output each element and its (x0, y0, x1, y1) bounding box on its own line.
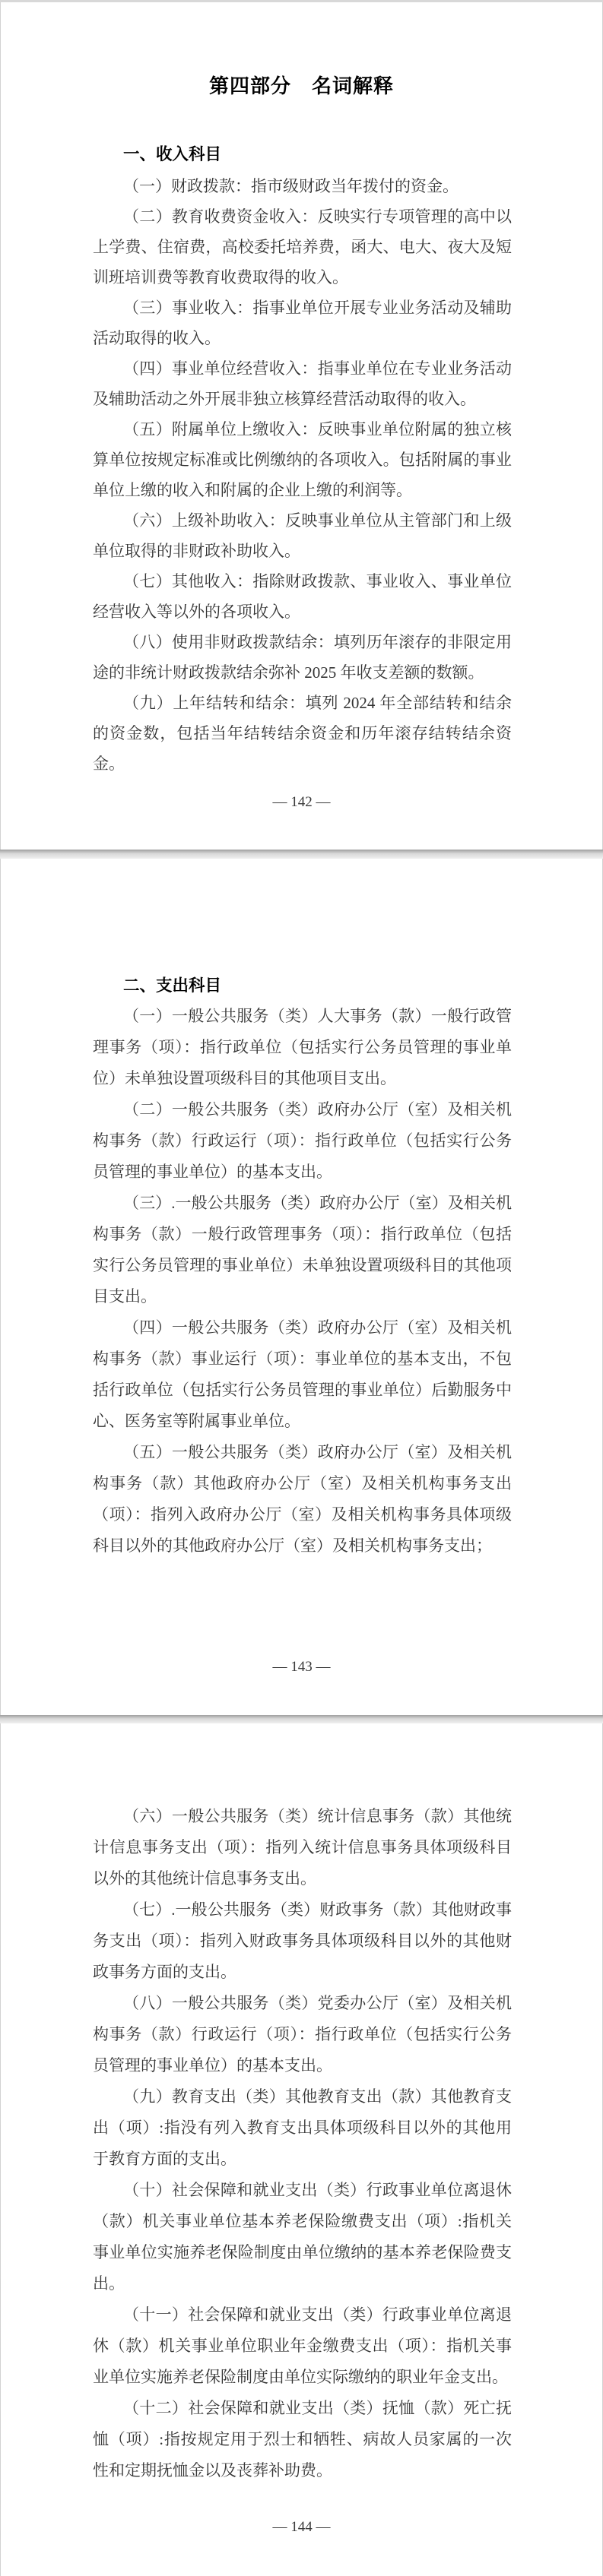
term-paragraph: （十二）社会保障和就业支出（类）抚恤（款）死亡抚恤（项）:指按规定用于烈士和牺牲… (93, 2393, 512, 2486)
page-sheet-142: 第四部分 名词解释 一、收入科目 （一）财政拨款：指市级财政当年拨付的资金。 （… (0, 2, 603, 850)
term-paragraph: （二）教育收费资金收入：反映实行专项管理的高中以上学费、住宿费，高校委托培养费，… (93, 201, 512, 293)
term-paragraph: （九）教育支出（类）其他教育支出（款）其他教育支出（项）:指没有列入教育支出具体… (93, 2081, 512, 2175)
document-title: 第四部分 名词解释 (1, 2, 602, 100)
term-paragraph: （四）一般公共服务（类）政府办公厅（室）及相关机构事务（款）事业运行（项）：事业… (93, 1312, 512, 1437)
term-paragraph: （九）上年结转和结余：填列 2024 年全部结转和结余的资金数，包括当年结转结余… (93, 688, 512, 779)
page-gap (0, 1715, 603, 1723)
term-paragraph: （五）附属单位上缴收入：反映事业单位附属的独立核算单位按规定标准或比例缴纳的各项… (93, 414, 512, 505)
page-number-144: — 144 — (1, 2518, 602, 2536)
page-sheet-143: 二、支出科目 （一）一般公共服务（类）人大事务（款）一般行政管理事务（项）：指行… (0, 859, 603, 1715)
term-paragraph: （一）一般公共服务（类）人大事务（款）一般行政管理事务（项）：指行政单位（包括实… (93, 1001, 512, 1094)
page-number-143: — 143 — (1, 1658, 602, 1676)
term-paragraph: （三）.一般公共服务（类）政府办公厅（室）及相关机构事务（款）一般行政管理事务（… (93, 1188, 512, 1312)
page-144-body: （六）一般公共服务（类）统计信息事务（款）其他统计信息事务支出（项）：指列入统计… (93, 1723, 512, 2486)
term-paragraph: （四）事业单位经营收入：指事业单位在专业业务活动及辅助活动之外开展非独立核算经营… (93, 353, 512, 414)
term-paragraph: （六）上级补助收入：反映事业单位从主管部门和上级单位取得的非财政补助收入。 (93, 505, 512, 566)
term-paragraph: （八）一般公共服务（类）党委办公厅（室）及相关机构事务（款）行政运行（项）：指行… (93, 1988, 512, 2081)
term-paragraph: （六）一般公共服务（类）统计信息事务（款）其他统计信息事务支出（项）：指列入统计… (93, 1801, 512, 1894)
term-paragraph: （八）使用非财政拨款结余：填列历年滚存的非限定用途的非统计财政拨款结余弥补 20… (93, 627, 512, 688)
term-paragraph: （十）社会保障和就业支出（类）行政事业单位离退休（款）机关事业单位基本养老保险缴… (93, 2175, 512, 2299)
section-heading-expenditure: 二、支出科目 (123, 974, 602, 997)
document-viewport: 第四部分 名词解释 一、收入科目 （一）财政拨款：指市级财政当年拨付的资金。 （… (0, 0, 603, 2576)
term-paragraph: （一）财政拨款：指市级财政当年拨付的资金。 (93, 171, 512, 201)
page-142-body: （一）财政拨款：指市级财政当年拨付的资金。 （二）教育收费资金收入：反映实行专项… (93, 171, 512, 779)
page-143-body: （一）一般公共服务（类）人大事务（款）一般行政管理事务（项）：指行政单位（包括实… (93, 1001, 512, 1562)
term-paragraph: （七）其他收入：指除财政拨款、事业收入、事业单位经营收入等以外的各项收入。 (93, 566, 512, 627)
section-heading-income: 一、收入科目 (123, 143, 602, 166)
term-paragraph: （二）一般公共服务（类）政府办公厅（室）及相关机构事务（款）行政运行（项）：指行… (93, 1094, 512, 1188)
term-paragraph: （十一）社会保障和就业支出（类）行政事业单位离退休（款）机关事业单位职业年金缴费… (93, 2299, 512, 2393)
term-paragraph: （五）一般公共服务（类）政府办公厅（室）及相关机构事务（款）其他政府办公厅（室）… (93, 1437, 512, 1562)
page-sheet-144: （六）一般公共服务（类）统计信息事务（款）其他统计信息事务支出（项）：指列入统计… (0, 1723, 603, 2576)
term-paragraph: （三）事业收入：指事业单位开展专业业务活动及辅助活动取得的收入。 (93, 293, 512, 353)
page-gap (0, 850, 603, 859)
term-paragraph: （七）.一般公共服务（类）财政事务（款）其他财政事务支出（项）：指列入财政事务具… (93, 1894, 512, 1988)
page-number-142: — 142 — (1, 793, 602, 812)
